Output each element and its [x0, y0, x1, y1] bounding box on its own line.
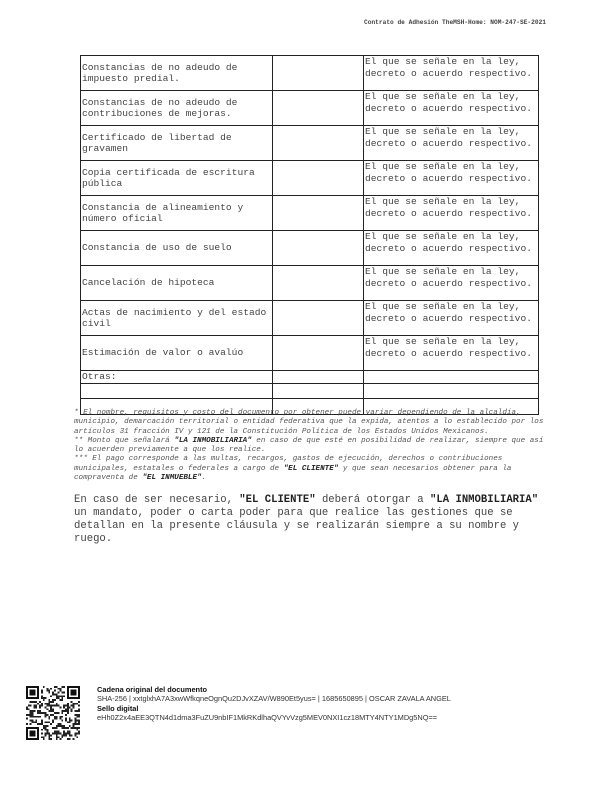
- document-reference: Contrato de Adhesión TheMSH-Home: NOM-24…: [364, 19, 546, 26]
- cell-cost: [273, 91, 364, 126]
- cell-deadline: El que se señale en la ley, decreto o ac…: [364, 126, 539, 161]
- others-label: Otras:: [81, 371, 273, 384]
- cell-cost: [273, 336, 364, 371]
- cell-name: Constancia de uso de suelo: [81, 231, 273, 266]
- seal-value: eHh0Z2x4aEE3QTN4d1dma3FuZU9nbIF1MkRKdlha…: [97, 713, 451, 722]
- cell-empty: [273, 383, 364, 399]
- cell-deadline: El que se señale en la ley, decreto o ac…: [364, 161, 539, 196]
- cell-cost: [273, 266, 364, 301]
- cell-cost: [273, 126, 364, 161]
- cell-deadline: El que se señale en la ley, decreto o ac…: [364, 266, 539, 301]
- cell-name: Estimación de valor o avalúo: [81, 336, 273, 371]
- cell-cost: [273, 196, 364, 231]
- table-row: Constancias de no adeudo de contribucion…: [81, 91, 539, 126]
- cell-deadline: El que se señale en la ley, decreto o ac…: [364, 231, 539, 266]
- cell-name: Constancia de alineamiento y número ofic…: [81, 196, 273, 231]
- cell-empty: [81, 383, 273, 399]
- cell-cost: [273, 161, 364, 196]
- documents-table: Constancias de no adeudo de impuesto pre…: [80, 55, 539, 415]
- cell-empty: [364, 371, 539, 384]
- cell-name: Cancelación de hipoteca: [81, 266, 273, 301]
- cell-name: Copia certificada de escritura pública: [81, 161, 273, 196]
- digital-signature-block: Cadena original del documento SHA-256 | …: [97, 685, 451, 723]
- footnote-2: ** Monto que señalará "LA INMOBILIARIA" …: [74, 437, 550, 456]
- mandate-paragraph: En caso de ser necesario, "EL CLIENTE" d…: [74, 494, 544, 546]
- cell-deadline: El que se señale en la ley, decreto o ac…: [364, 56, 539, 91]
- table-row: Actas de nacimiento y del estado civilEl…: [81, 301, 539, 336]
- seal-label: Sello digital: [97, 704, 451, 713]
- table-row: Constancia de uso de sueloEl que se seña…: [81, 231, 539, 266]
- cell-deadline: El que se señale en la ley, decreto o ac…: [364, 301, 539, 336]
- footnote-1: * El nombre, requisitos y costo del docu…: [74, 409, 550, 437]
- table-row: Copia certificada de escritura públicaEl…: [81, 161, 539, 196]
- cell-deadline: El que se señale en la ley, decreto o ac…: [364, 336, 539, 371]
- cell-deadline: El que se señale en la ley, decreto o ac…: [364, 196, 539, 231]
- cell-name: Actas de nacimiento y del estado civil: [81, 301, 273, 336]
- table-row: Cancelación de hipotecaEl que se señale …: [81, 266, 539, 301]
- cell-name: Constancias de no adeudo de impuesto pre…: [81, 56, 273, 91]
- qr-code-icon: [26, 686, 80, 740]
- cell-deadline: El que se señale en la ley, decreto o ac…: [364, 91, 539, 126]
- footnotes: * El nombre, requisitos y costo del docu…: [74, 409, 550, 483]
- chain-label: Cadena original del documento: [97, 685, 451, 694]
- table-row: Constancia de alineamiento y número ofic…: [81, 196, 539, 231]
- cell-cost: [273, 301, 364, 336]
- table-row: Estimación de valor o avalúoEl que se se…: [81, 336, 539, 371]
- chain-value: SHA-256 | xxtglxhA7A3xwWfkqneOgnQu2DJvXZ…: [97, 694, 451, 703]
- table-row: Certificado de libertad de gravamenEl qu…: [81, 126, 539, 161]
- cell-cost: [273, 231, 364, 266]
- cell-name: Constancias de no adeudo de contribucion…: [81, 91, 273, 126]
- table-row-blank: [81, 383, 539, 399]
- table-row: Constancias de no adeudo de impuesto pre…: [81, 56, 539, 91]
- footnote-3: *** El pago corresponde a las multas, re…: [74, 455, 550, 483]
- table-row-others: Otras:: [81, 371, 539, 384]
- cell-cost: [273, 56, 364, 91]
- cell-empty: [364, 383, 539, 399]
- cell-empty: [273, 371, 364, 384]
- cell-name: Certificado de libertad de gravamen: [81, 126, 273, 161]
